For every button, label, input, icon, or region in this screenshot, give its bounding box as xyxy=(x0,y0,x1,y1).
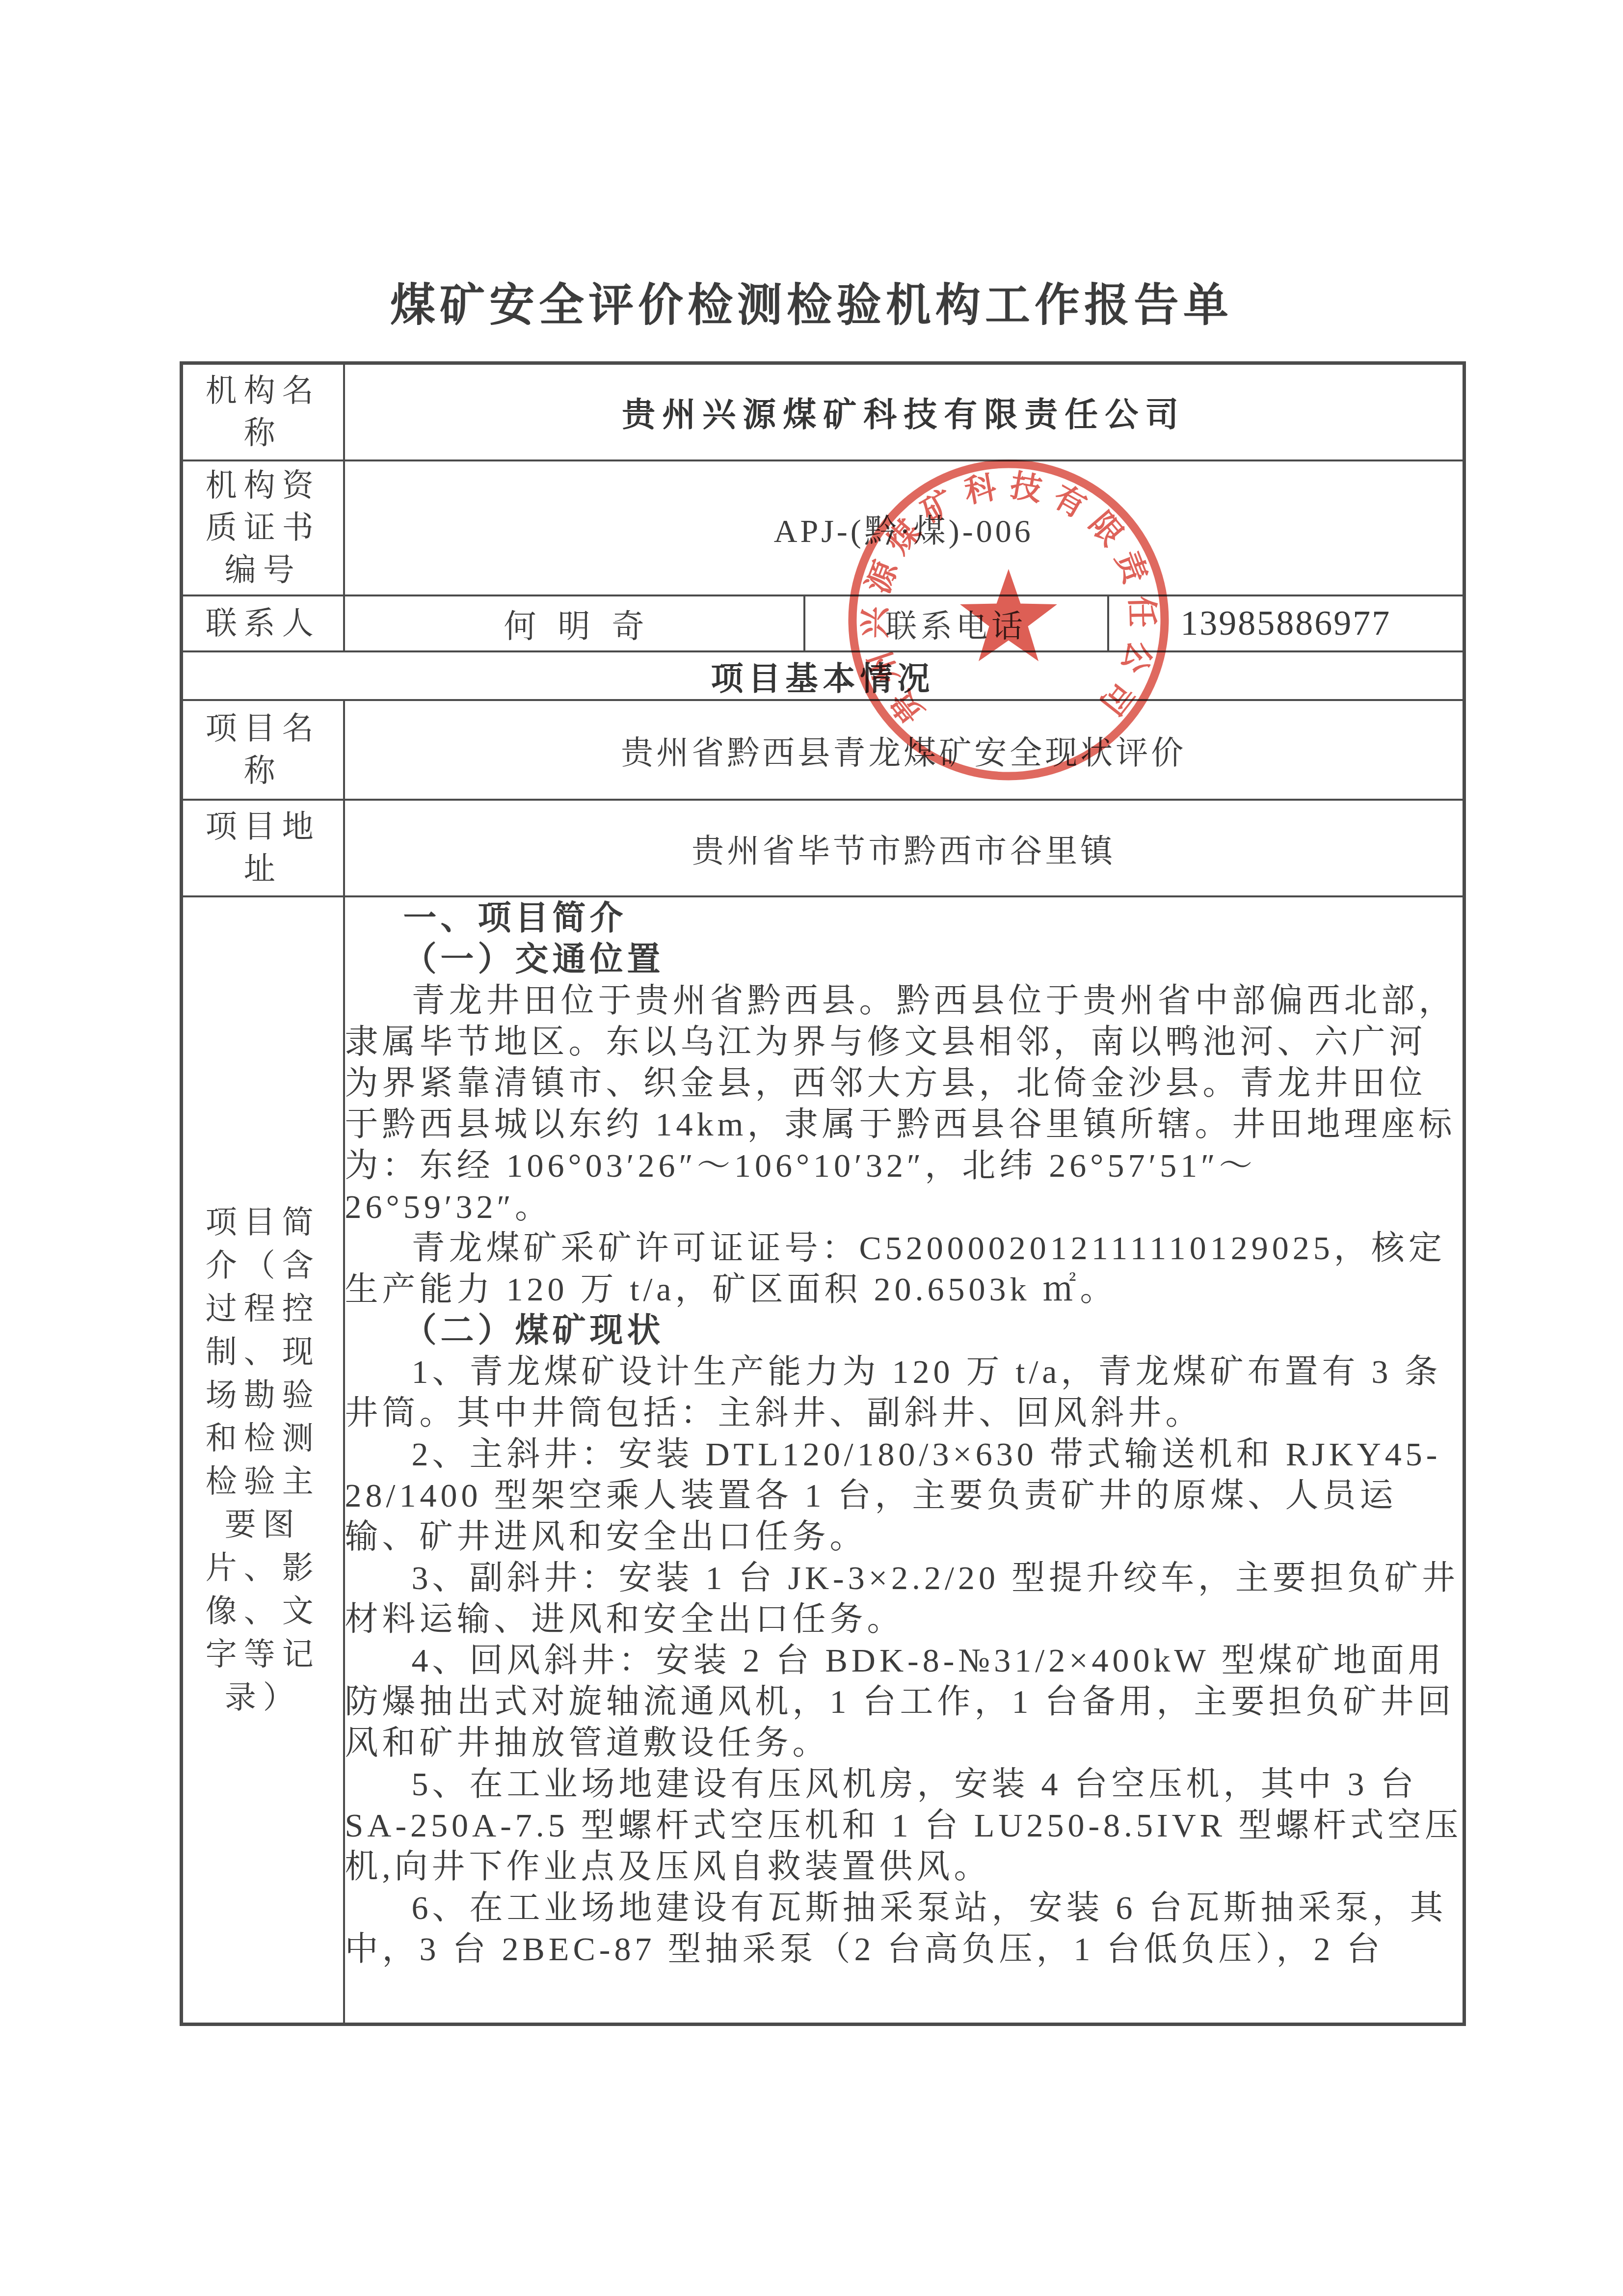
cert-number-label-text: 机构资质证书编号 xyxy=(201,464,325,591)
intro-paragraph-2: 青龙煤矿采矿许可证证号：C5200002012111110129025，核定生产… xyxy=(345,1227,1463,1310)
intro-paragraph-8: 6、在工业场地建设有瓦斯抽采泵站，安装 6 台瓦斯抽采泵，其中，3 台 2BEC… xyxy=(345,1887,1463,1970)
row-cert-number: 机构资质证书编号 APJ-(黔·煤)-006 xyxy=(182,460,1464,595)
row-project-name: 项目名称 贵州省黔西县青龙煤矿安全现状评价 xyxy=(182,700,1464,800)
project-name-label-text: 项目名称 xyxy=(201,707,325,792)
report-form-table: 机构名称 贵州兴源煤矿科技有限责任公司 机构资质证书编号 APJ-(黔·煤)-0… xyxy=(180,361,1466,2026)
intro-heading-1: 一、项目简介 xyxy=(345,897,1463,939)
org-name-label: 机构名称 xyxy=(182,363,344,460)
intro-subheading-1: （一）交通位置 xyxy=(345,939,1463,980)
row-org-name: 机构名称 贵州兴源煤矿科技有限责任公司 xyxy=(182,363,1464,460)
org-name-label-text: 机构名称 xyxy=(201,370,325,454)
contact-label: 联系人 xyxy=(182,595,344,651)
contact-name-value: 何明奇 xyxy=(344,595,804,651)
official-seal: 贵州兴源煤矿科技有限责任公司 xyxy=(836,447,1181,793)
row-project-intro: 项目简介（含过程控制、现场勘验和检测检验主要图片、影像、文字等记录） 一、项目简… xyxy=(182,896,1464,2025)
contact-label-text: 联系人 xyxy=(201,602,325,645)
seal-star-icon xyxy=(960,569,1057,661)
project-address-label-text: 项目地址 xyxy=(201,806,325,890)
org-name-value: 贵州兴源煤矿科技有限责任公司 xyxy=(344,363,1464,460)
page-title: 煤矿安全评价检测检验机构工作报告单 xyxy=(0,269,1623,334)
intro-paragraph-1: 青龙井田位于贵州省黔西县。黔西县位于贵州省中部偏西北部，隶属毕节地区。东以乌江为… xyxy=(345,980,1463,1227)
row-contact: 联系人 何明奇 联系电话 13985886977 xyxy=(182,595,1464,651)
intro-paragraph-7: 5、在工业场地建设有压风机房，安装 4 台空压机，其中 3 台 SA-250A-… xyxy=(345,1763,1463,1887)
project-name-label: 项目名称 xyxy=(182,700,344,800)
project-intro-content: 一、项目简介 （一）交通位置 青龙井田位于贵州省黔西县。黔西县位于贵州省中部偏西… xyxy=(344,896,1464,2025)
project-intro-label: 项目简介（含过程控制、现场勘验和检测检验主要图片、影像、文字等记录） xyxy=(182,896,344,2025)
project-address-value: 贵州省毕节市黔西市谷里镇 xyxy=(344,800,1464,896)
section-header-text: 项目基本情况 xyxy=(182,651,1464,700)
intro-paragraph-3: 1、青龙煤矿设计生产能力为 120 万 t/a，青龙煤矿布置有 3 条井筒。其中… xyxy=(345,1351,1463,1433)
intro-paragraph-4: 2、主斜井：安装 DTL120/180/3×630 带式输送机和 RJKY45-… xyxy=(345,1433,1463,1557)
intro-paragraph-5: 3、副斜井：安装 1 台 JK-3×2.2/20 型提升绞车，主要担负矿井材料运… xyxy=(345,1557,1463,1640)
project-address-label: 项目地址 xyxy=(182,800,344,896)
project-intro-label-text: 项目简介（含过程控制、现场勘验和检测检验主要图片、影像、文字等记录） xyxy=(201,1201,325,1719)
intro-paragraph-6: 4、回风斜井：安装 2 台 BDK-8-№31/2×400kW 型煤矿地面用防爆… xyxy=(345,1640,1463,1763)
intro-subheading-2: （二）煤矿现状 xyxy=(345,1310,1463,1351)
row-section-header: 项目基本情况 xyxy=(182,651,1464,700)
cert-number-label: 机构资质证书编号 xyxy=(182,460,344,595)
scanned-report-page: 煤矿安全评价检测检验机构工作报告单 机构名称 贵州兴源煤矿科技有限责任公司 机构… xyxy=(0,0,1623,2296)
row-project-address: 项目地址 贵州省毕节市黔西市谷里镇 xyxy=(182,800,1464,896)
